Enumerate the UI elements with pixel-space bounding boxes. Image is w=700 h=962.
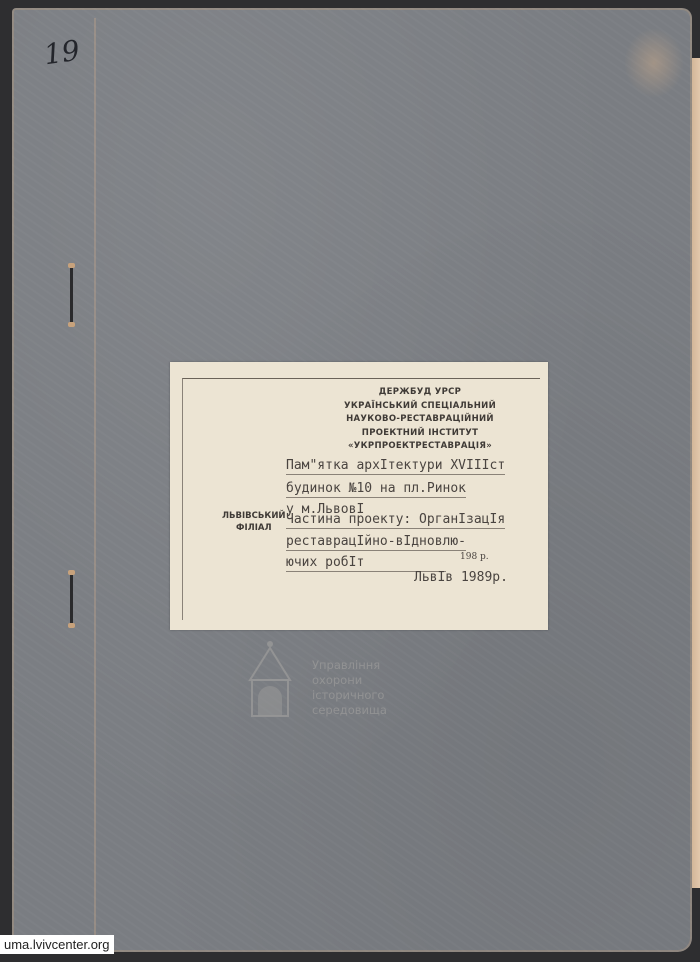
staple-top [70,266,73,324]
typed-line: Частина проекту: ОрганІзацІя [286,512,505,529]
stamp-text: Управління охорони історичного середовищ… [312,658,387,718]
institute-header: ДЕРЖБУД УРСР УКРАЇНСЬКИЙ СПЕЦІАЛЬНИЙ НАУ… [310,386,530,454]
tower-logo-icon [240,640,300,720]
paper-stain [624,28,684,98]
spine-fold [94,18,96,938]
folio-number: 19 [42,34,82,72]
branch-line: ФІЛІАЛ [222,522,286,534]
staple-bottom [70,573,73,625]
institute-line: НАУКОВО-РЕСТАВРАЦІЙНИЙ [310,413,530,427]
stamp-line: історичного [312,688,387,703]
typed-line: Пам"ятка архІтектури XVIIIст [286,458,505,475]
stamp-line: охорони [312,673,387,688]
institute-line: «УКРПРОЕКТРЕСТАВРАЦІЯ» [310,440,530,454]
institute-line: ПРОЕКТНИЙ ІНСТИТУТ [310,427,530,441]
printed-year: 198 р. [460,552,489,562]
institute-line: ДЕРЖБУД УРСР [310,386,530,400]
typed-line: реставрацІйно-вІдновлю- [286,534,466,551]
institute-line: УКРАЇНСЬКИЙ СПЕЦІАЛЬНИЙ [310,400,530,414]
branch-name: ЛЬВІВСЬКИЙ ФІЛІАЛ [222,510,286,534]
source-watermark: uma.lvivcenter.org [0,935,114,954]
cover-label: ДЕРЖБУД УРСР УКРАЇНСЬКИЙ СПЕЦІАЛЬНИЙ НАУ… [170,362,548,630]
place-date: ЛьвІв 1989р. [414,570,508,586]
typed-line: будинок №10 на пл.Ринок [286,481,466,498]
stamp-line: середовища [312,703,387,718]
branch-line: ЛЬВІВСЬКИЙ [222,510,286,522]
stamp-line: Управління [312,658,387,673]
